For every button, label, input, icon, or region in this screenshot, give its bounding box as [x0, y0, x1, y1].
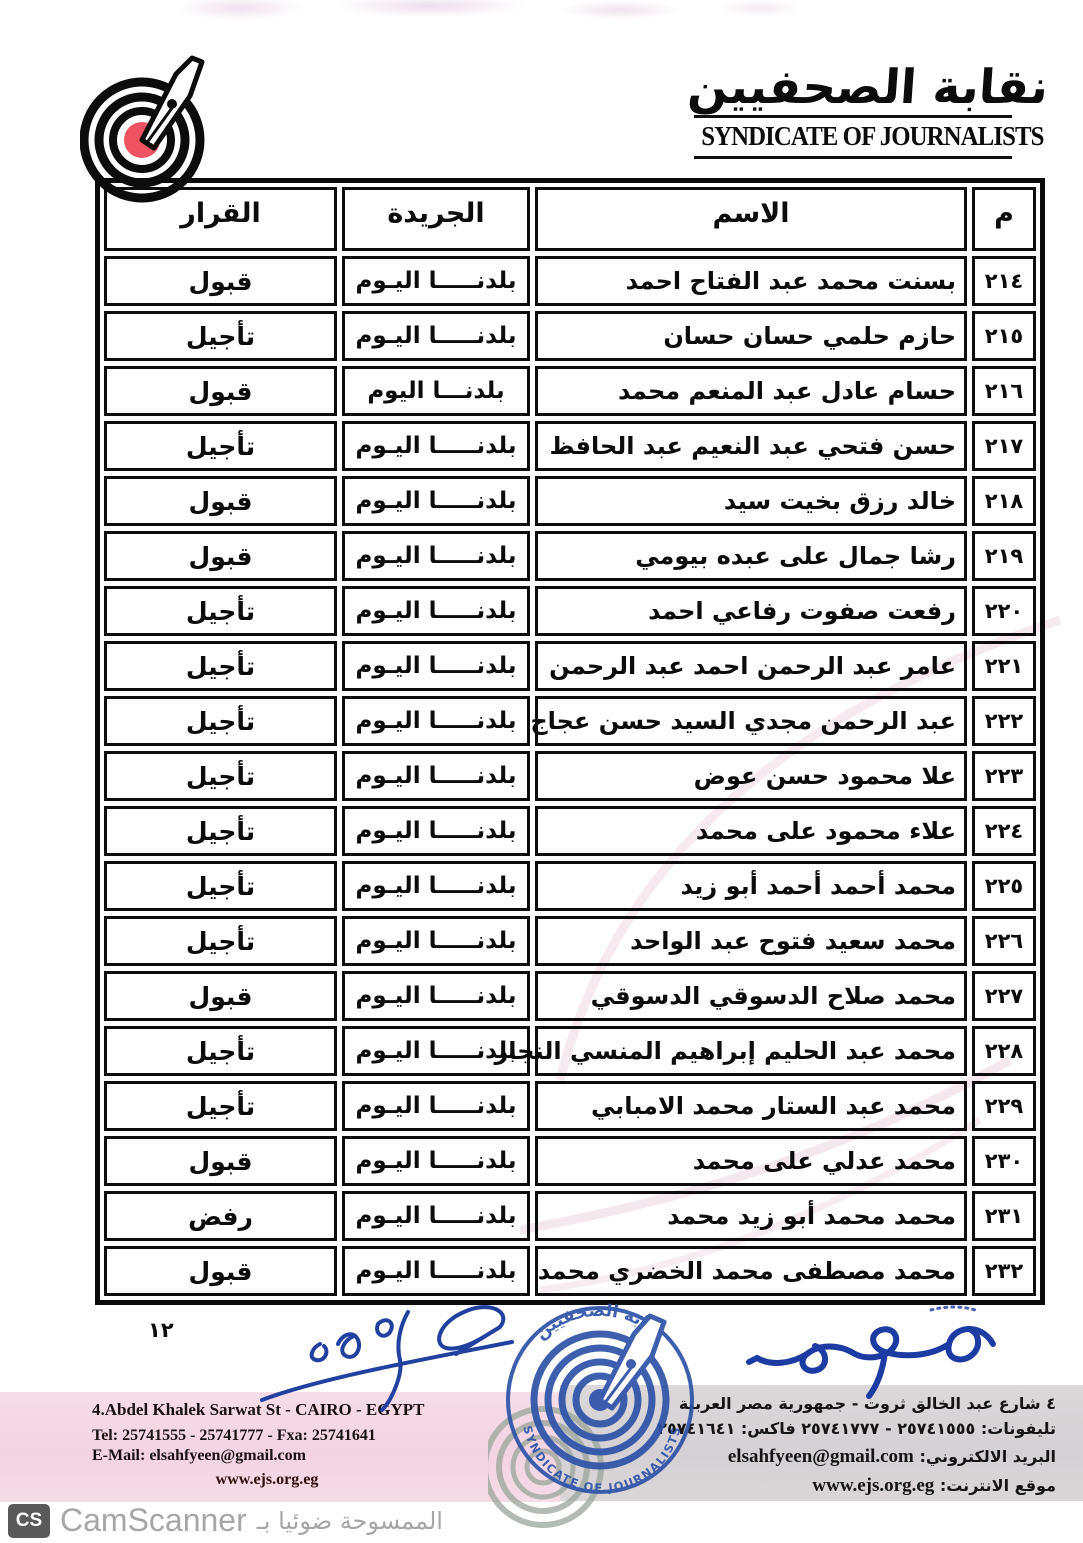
row-newspaper-cell: بلدنـــــا اليـوم [342, 1191, 530, 1241]
row-decision-cell: تأجيل [104, 641, 337, 691]
table-row: ٢٢١ عامر عبد الرحمن احمد عبد الرحمن بلدن… [104, 641, 1036, 691]
row-decision-cell: قبول [104, 1136, 337, 1186]
row-newspaper-cell: بلدنـــــا اليـوم [342, 641, 530, 691]
row-name-cell: محمد صلاح الدسوقي الدسوقي [535, 971, 967, 1021]
row-name-cell: علا محمود حسن عوض [535, 751, 967, 801]
website-en: www.ejs.org.eg [92, 1471, 442, 1489]
row-name-cell: محمد أحمد أحمد أبو زيد [535, 861, 967, 911]
wordmark-arabic: نقابة الصحفيين [686, 64, 1019, 111]
row-decision-cell: رفض [104, 1191, 337, 1241]
table-row: ٢٢٦ محمد سعيد فتوح عبد الواحد بلدنـــــا… [104, 916, 1036, 966]
row-number-cell: ٢٣٢ [972, 1246, 1036, 1296]
syndicate-target-logo [80, 52, 220, 212]
stamp-main: نقابة الصحفيين SYNDICATE OF JOURNALISTS [508, 1301, 692, 1495]
camscanner-note-arabic: الممسوحة ضوئيا بـ [257, 1507, 443, 1535]
row-decision-cell: قبول [104, 531, 337, 581]
row-decision-cell: تأجيل [104, 1026, 337, 1076]
row-decision-cell: تأجيل [104, 696, 337, 746]
table-row: ٢٢٢ عبد الرحمن مجدي السيد حسن عجاج بلدنـ… [104, 696, 1036, 746]
row-name-cell: محمد عدلي على محمد [535, 1136, 967, 1186]
table-row: ٢٣١ محمد محمد أبو زيد محمد بلدنـــــا ال… [104, 1191, 1036, 1241]
row-number-cell: ٢٢٠ [972, 586, 1036, 636]
table-row: ٢٢٨ محمد عبد الحليم إبراهيم المنسي النجا… [104, 1026, 1036, 1076]
row-name-cell: محمد محمد أبو زيد محمد [535, 1191, 967, 1241]
wordmark-rule-bottom [694, 156, 1012, 159]
row-decision-cell: تأجيل [104, 806, 337, 856]
row-number-cell: ٢١٩ [972, 531, 1036, 581]
row-newspaper-cell: بلدنـــــا اليـوم [342, 1026, 530, 1076]
row-name-cell: حسام عادل عبد المنعم محمد [535, 366, 967, 416]
row-number-cell: ٢٢٤ [972, 806, 1036, 856]
wordmark-english: SYNDICATE OF JOURNALISTS [701, 121, 1005, 152]
row-number-cell: ٢٢٢ [972, 696, 1036, 746]
email-ar-value: elsahfyeen@gmail.com [728, 1446, 914, 1467]
camscanner-badge-icon: CS [8, 1504, 50, 1538]
row-newspaper-cell: بلدنـــــا اليـوم [342, 1081, 530, 1131]
row-number-cell: ٢٣١ [972, 1191, 1036, 1241]
row-number-cell: ٢٢٩ [972, 1081, 1036, 1131]
row-name-cell: حسن فتحي عبد النعيم عبد الحافظ [535, 421, 967, 471]
table-row: ٢١٤ بسنت محمد عبد الفتاح احمد بلدنـــــا… [104, 256, 1036, 306]
row-name-cell: خالد رزق بخيت سيد [535, 476, 967, 526]
row-number-cell: ٢١٧ [972, 421, 1036, 471]
table-row: ٢١٩ رشا جمال على عبده بيومي بلدنـــــا ا… [104, 531, 1036, 581]
row-name-cell: محمد عبد الستار محمد الامبابي [535, 1081, 967, 1131]
table-row: ٢٢٥ محمد أحمد أحمد أبو زيد بلدنـــــا ال… [104, 861, 1036, 911]
table-header-row: م الاسم الجريدة القرار [104, 187, 1036, 251]
table-body: ٢١٤ بسنت محمد عبد الفتاح احمد بلدنـــــا… [104, 256, 1036, 1296]
email-en: E-Mail: elsahfyeen@gmail.com [92, 1447, 442, 1465]
email-ar-label: البريد الالكتروني: [919, 1447, 1056, 1466]
row-newspaper-cell: بلدنـــا اليوم [342, 366, 530, 416]
row-number-cell: ٢١٥ [972, 311, 1036, 361]
scanned-document-page: { "header": { "logo_arabic": "نقابة الصح… [0, 0, 1083, 1543]
row-newspaper-cell: بلدنـــــا اليـوم [342, 916, 530, 966]
row-newspaper-cell: بلدنـــــا اليـوم [342, 751, 530, 801]
website-ar-label: موقع الانترنت: [940, 1476, 1056, 1495]
row-name-cell: رشا جمال على عبده بيومي [535, 531, 967, 581]
row-name-cell: رفعت صفوت رفاعي احمد [535, 586, 967, 636]
row-decision-cell: تأجيل [104, 751, 337, 801]
row-newspaper-cell: بلدنـــــا اليـوم [342, 311, 530, 361]
row-name-cell: محمد سعيد فتوح عبد الواحد [535, 916, 967, 966]
table-row: ٢١٧ حسن فتحي عبد النعيم عبد الحافظ بلدنـ… [104, 421, 1036, 471]
row-newspaper-cell: بلدنـــــا اليـوم [342, 421, 530, 471]
row-name-cell: علاء محمود على محمد [535, 806, 967, 856]
row-number-cell: ٢٢٥ [972, 861, 1036, 911]
header-name: الاسم [535, 187, 967, 251]
row-number-cell: ٢٣٠ [972, 1136, 1036, 1186]
row-name-cell: محمد عبد الحليم إبراهيم المنسي النجار [535, 1026, 967, 1076]
row-number-cell: ٢٢١ [972, 641, 1036, 691]
row-newspaper-cell: بلدنـــــا اليـوم [342, 806, 530, 856]
row-number-cell: ٢٢٣ [972, 751, 1036, 801]
row-decision-cell: قبول [104, 971, 337, 1021]
row-decision-cell: قبول [104, 256, 337, 306]
row-decision-cell: تأجيل [104, 1081, 337, 1131]
row-number-cell: ٢٢٦ [972, 916, 1036, 966]
row-newspaper-cell: بلدنـــــا اليـوم [342, 971, 530, 1021]
syndicate-stamp: نقابة الصحفيين SYNDICATE OF JOURNALISTS [488, 1282, 718, 1532]
syndicate-wordmark: نقابة الصحفيين SYNDICATE OF JOURNALISTS [688, 64, 1018, 162]
table-row: ٢١٨ خالد رزق بخيت سيد بلدنـــــا اليـوم … [104, 476, 1036, 526]
row-number-cell: ٢١٤ [972, 256, 1036, 306]
row-newspaper-cell: بلدنـــــا اليـوم [342, 256, 530, 306]
header-newspaper: الجريدة [342, 187, 530, 251]
row-number-cell: ٢٢٨ [972, 1026, 1036, 1076]
row-newspaper-cell: بلدنـــــا اليـوم [342, 531, 530, 581]
row-decision-cell: قبول [104, 476, 337, 526]
applicants-table: م الاسم الجريدة القرار ٢١٤ بسنت محمد عبد… [95, 178, 1045, 1305]
row-name-cell: حازم حلمي حسان حسان [535, 311, 967, 361]
table-row: ٢٢٧ محمد صلاح الدسوقي الدسوقي بلدنـــــا… [104, 971, 1036, 1021]
row-newspaper-cell: بلدنـــــا اليـوم [342, 586, 530, 636]
row-newspaper-cell: بلدنـــــا اليـوم [342, 861, 530, 911]
row-decision-cell: تأجيل [104, 311, 337, 361]
table-row: ٢٢٣ علا محمود حسن عوض بلدنـــــا اليـوم … [104, 751, 1036, 801]
row-number-cell: ٢١٦ [972, 366, 1036, 416]
row-decision-cell: قبول [104, 366, 337, 416]
row-decision-cell: تأجيل [104, 861, 337, 911]
table-row: ٢١٥ حازم حلمي حسان حسان بلدنـــــا اليـو… [104, 311, 1036, 361]
row-decision-cell: تأجيل [104, 586, 337, 636]
table-row: ٢١٦ حسام عادل عبد المنعم محمد بلدنـــا ا… [104, 366, 1036, 416]
row-name-cell: عبد الرحمن مجدي السيد حسن عجاج [535, 696, 967, 746]
wordmark-rule-top [694, 115, 1012, 118]
row-number-cell: ٢١٨ [972, 476, 1036, 526]
table-row: ٢٢٠ رفعت صفوت رفاعي احمد بلدنـــــا اليـ… [104, 586, 1036, 636]
tel-en: Tel: 25741555 - 25741777 - Fxa: 25741641 [92, 1427, 442, 1445]
table-row: ٢٣٠ محمد عدلي على محمد بلدنـــــا اليـوم… [104, 1136, 1036, 1186]
row-decision-cell: تأجيل [104, 916, 337, 966]
row-newspaper-cell: بلدنـــــا اليـوم [342, 476, 530, 526]
row-name-cell: عامر عبد الرحمن احمد عبد الرحمن [535, 641, 967, 691]
row-number-cell: ٢٢٧ [972, 971, 1036, 1021]
row-decision-cell: تأجيل [104, 421, 337, 471]
table-row: ٢٢٤ علاء محمود على محمد بلدنـــــا اليـو… [104, 806, 1036, 856]
row-newspaper-cell: بلدنـــــا اليـوم [342, 696, 530, 746]
camscanner-watermark: CS CamScanner الممسوحة ضوئيا بـ [8, 1502, 443, 1539]
page-number: ١٢ [148, 1318, 174, 1342]
camscanner-brand: CamScanner [60, 1502, 247, 1539]
row-newspaper-cell: بلدنـــــا اليـوم [342, 1136, 530, 1186]
table-row: ٢٢٩ محمد عبد الستار محمد الامبابي بلدنــ… [104, 1081, 1036, 1131]
signature-right [735, 1300, 1005, 1410]
row-name-cell: بسنت محمد عبد الفتاح احمد [535, 256, 967, 306]
header-number: م [972, 187, 1036, 251]
website-ar-value: www.ejs.org.eg [812, 1475, 934, 1496]
